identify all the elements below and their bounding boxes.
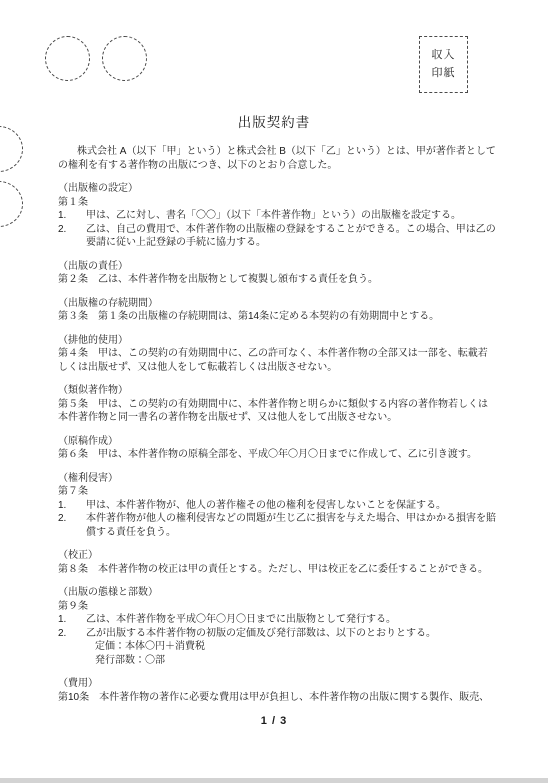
contract-section: （出版権の設定）第１条1.甲は、乙に対し、書名「〇〇」（以下「本件著作物」という… xyxy=(58,182,496,250)
item-number: 1. xyxy=(58,499,66,513)
document-title: 出版契約書 xyxy=(0,111,548,131)
article-paragraph: 第10条 本件著作物の著作に必要な費用は甲が負担し、本件著作物の出版に関する製作… xyxy=(58,691,496,705)
article-number: 第１条 xyxy=(58,196,496,210)
section-heading: （出版権の設定） xyxy=(58,182,496,196)
section-heading: （出版権の存続期間） xyxy=(58,297,496,311)
article-text: 本件著作物の校正は甲の責任とする。ただし、甲は校正を乙に委任することができる。 xyxy=(98,564,488,575)
article-paragraph: 第５条 甲は、この契約の有効期間中に、本件著作物と明らかに類似する内容の著作物若… xyxy=(58,398,496,425)
item-text: 乙は、本件著作物を平成〇年〇月〇日までに出版物として発行する。 xyxy=(86,614,396,625)
item-number: 2. xyxy=(58,512,66,526)
section-heading: （類似著作物） xyxy=(58,384,496,398)
list-item: 1.甲は、本件著作物が、他人の著作権その他の権利を侵害しないことを保証する。 xyxy=(58,499,496,513)
seal-placeholder-circle-1 xyxy=(45,36,90,81)
preamble-paragraph: 株式会社 A（以下「甲」という）と株式会社 B（以下「乙」という）とは、甲が著作… xyxy=(58,145,496,172)
section-heading: （出版の態様と部数） xyxy=(58,586,496,600)
seal-placeholder-circle-2 xyxy=(102,36,147,81)
section-heading: （原稿作成） xyxy=(58,435,496,449)
item-number: 2. xyxy=(58,627,66,641)
article-text: 本件著作物の著作に必要な費用は甲が負担し、本件著作物の出版に関する製作、販売、 xyxy=(99,692,489,703)
article-number: 第８条 xyxy=(58,564,98,575)
list-item: 1.乙は、本件著作物を平成〇年〇月〇日までに出版物として発行する。 xyxy=(58,613,496,627)
contract-section: （費用）第10条 本件著作物の著作に必要な費用は甲が負担し、本件著作物の出版に関… xyxy=(58,677,496,704)
item-text: 乙は、自己の費用で、本件著作物の出版権の登録をすることができる。この場合、甲は乙… xyxy=(86,224,496,249)
revenue-stamp-box: 収入 印紙 xyxy=(419,36,468,93)
article-number: 第７条 xyxy=(58,485,496,499)
item-detail: 定価：本体〇円＋消費税 xyxy=(58,640,496,654)
list-item: 2.乙が出版する本件著作物の初版の定価及び発行部数は、以下のとおりとする。 xyxy=(58,627,496,641)
section-heading: （権利侵害） xyxy=(58,472,496,486)
article-number: 第９条 xyxy=(58,600,496,614)
article-number: 第10条 xyxy=(58,692,99,703)
article-paragraph: 第３条 第１条の出版権の存続期間は、第14条に定める本契約の有効期間中とする。 xyxy=(58,310,496,324)
item-text: 甲は、乙に対し、書名「〇〇」（以下「本件著作物」という）の出版権を設定する。 xyxy=(86,210,461,221)
section-heading: （費用） xyxy=(58,677,496,691)
list-item: 1.甲は、乙に対し、書名「〇〇」（以下「本件著作物」という）の出版権を設定する。 xyxy=(58,209,496,223)
revenue-stamp-line-1: 収入 xyxy=(432,50,456,61)
article-text: 甲は、本件著作物の原稿全部を、平成〇年〇月〇日までに作成して、乙に引き渡す。 xyxy=(98,449,477,460)
page-number: 1 / 3 xyxy=(0,715,548,727)
article-number: 第２条 xyxy=(58,274,98,285)
article-paragraph: 第２条 乙は、本件著作物を出版物として複製し頒布する責任を負う。 xyxy=(58,273,496,287)
list-item: 2.乙は、自己の費用で、本件著作物の出版権の登録をすることができる。この場合、甲… xyxy=(58,223,496,250)
contract-section: （原稿作成）第６条 甲は、本件著作物の原稿全部を、平成〇年〇月〇日までに作成して… xyxy=(58,435,496,462)
item-number: 1. xyxy=(58,209,66,223)
article-number: 第４条 xyxy=(58,348,98,359)
item-number: 1. xyxy=(58,613,66,627)
article-paragraph: 第８条 本件著作物の校正は甲の責任とする。ただし、甲は校正を乙に委任することがで… xyxy=(58,563,496,577)
section-heading: （排他的使用） xyxy=(58,334,496,348)
section-heading: （出版の責任） xyxy=(58,260,496,274)
article-text: 甲は、この契約の有効期間中に、本件著作物と明らかに類似する内容の著作物若しくは本… xyxy=(58,399,488,424)
contract-section: （出版権の存続期間）第３条 第１条の出版権の存続期間は、第14条に定める本契約の… xyxy=(58,297,496,324)
item-text: 乙が出版する本件著作物の初版の定価及び発行部数は、以下のとおりとする。 xyxy=(86,628,436,639)
contract-section: （類似著作物）第５条 甲は、この契約の有効期間中に、本件著作物と明らかに類似する… xyxy=(58,384,496,425)
contract-document-page: 収入 印紙 出版契約書 株式会社 A（以下「甲」という）と株式会社 B（以下「乙… xyxy=(0,0,548,783)
item-detail: 発行部数：〇部 xyxy=(58,654,496,668)
article-text: 第１条の出版権の存続期間は、第14条に定める本契約の有効期間中とする。 xyxy=(98,311,439,322)
left-edge-seal-arc-2 xyxy=(0,181,23,227)
window-bottom-edge xyxy=(0,778,548,783)
article-paragraph: 第６条 甲は、本件著作物の原稿全部を、平成〇年〇月〇日までに作成して、乙に引き渡… xyxy=(58,448,496,462)
item-text: 本件著作物が他人の権利侵害などの問題が生じ乙に損害を与えた場合、甲はかかる損害を… xyxy=(86,513,496,538)
article-text: 乙は、本件著作物を出版物として複製し頒布する責任を負う。 xyxy=(98,274,378,285)
document-body: 株式会社 A（以下「甲」という）と株式会社 B（以下「乙」という）とは、甲が著作… xyxy=(58,145,496,704)
revenue-stamp-line-2: 印紙 xyxy=(432,68,456,79)
article-number: 第６条 xyxy=(58,449,98,460)
left-edge-seal-arc-1 xyxy=(0,126,23,172)
contract-section: （排他的使用）第４条 甲は、この契約の有効期間中に、乙の許可なく、本件著作物の全… xyxy=(58,334,496,375)
contract-section: （出版の責任）第２条 乙は、本件著作物を出版物として複製し頒布する責任を負う。 xyxy=(58,260,496,287)
contract-section: （校正）第８条 本件著作物の校正は甲の責任とする。ただし、甲は校正を乙に委任する… xyxy=(58,549,496,576)
article-number: 第３条 xyxy=(58,311,98,322)
article-text: 甲は、この契約の有効期間中に、乙の許可なく、本件著作物の全部又は一部を、転載若し… xyxy=(58,348,488,373)
article-number: 第５条 xyxy=(58,399,98,410)
contract-section: （権利侵害）第７条1.甲は、本件著作物が、他人の著作権その他の権利を侵害しないこ… xyxy=(58,472,496,540)
item-number: 2. xyxy=(58,223,66,237)
item-text: 甲は、本件著作物が、他人の著作権その他の権利を侵害しないことを保証する。 xyxy=(86,500,446,511)
sections-container: （出版権の設定）第１条1.甲は、乙に対し、書名「〇〇」（以下「本件著作物」という… xyxy=(58,182,496,704)
section-heading: （校正） xyxy=(58,549,496,563)
article-paragraph: 第４条 甲は、この契約の有効期間中に、乙の許可なく、本件著作物の全部又は一部を、… xyxy=(58,347,496,374)
contract-section: （出版の態様と部数）第９条1.乙は、本件著作物を平成〇年〇月〇日までに出版物とし… xyxy=(58,586,496,667)
list-item: 2.本件著作物が他人の権利侵害などの問題が生じ乙に損害を与えた場合、甲はかかる損… xyxy=(58,512,496,539)
